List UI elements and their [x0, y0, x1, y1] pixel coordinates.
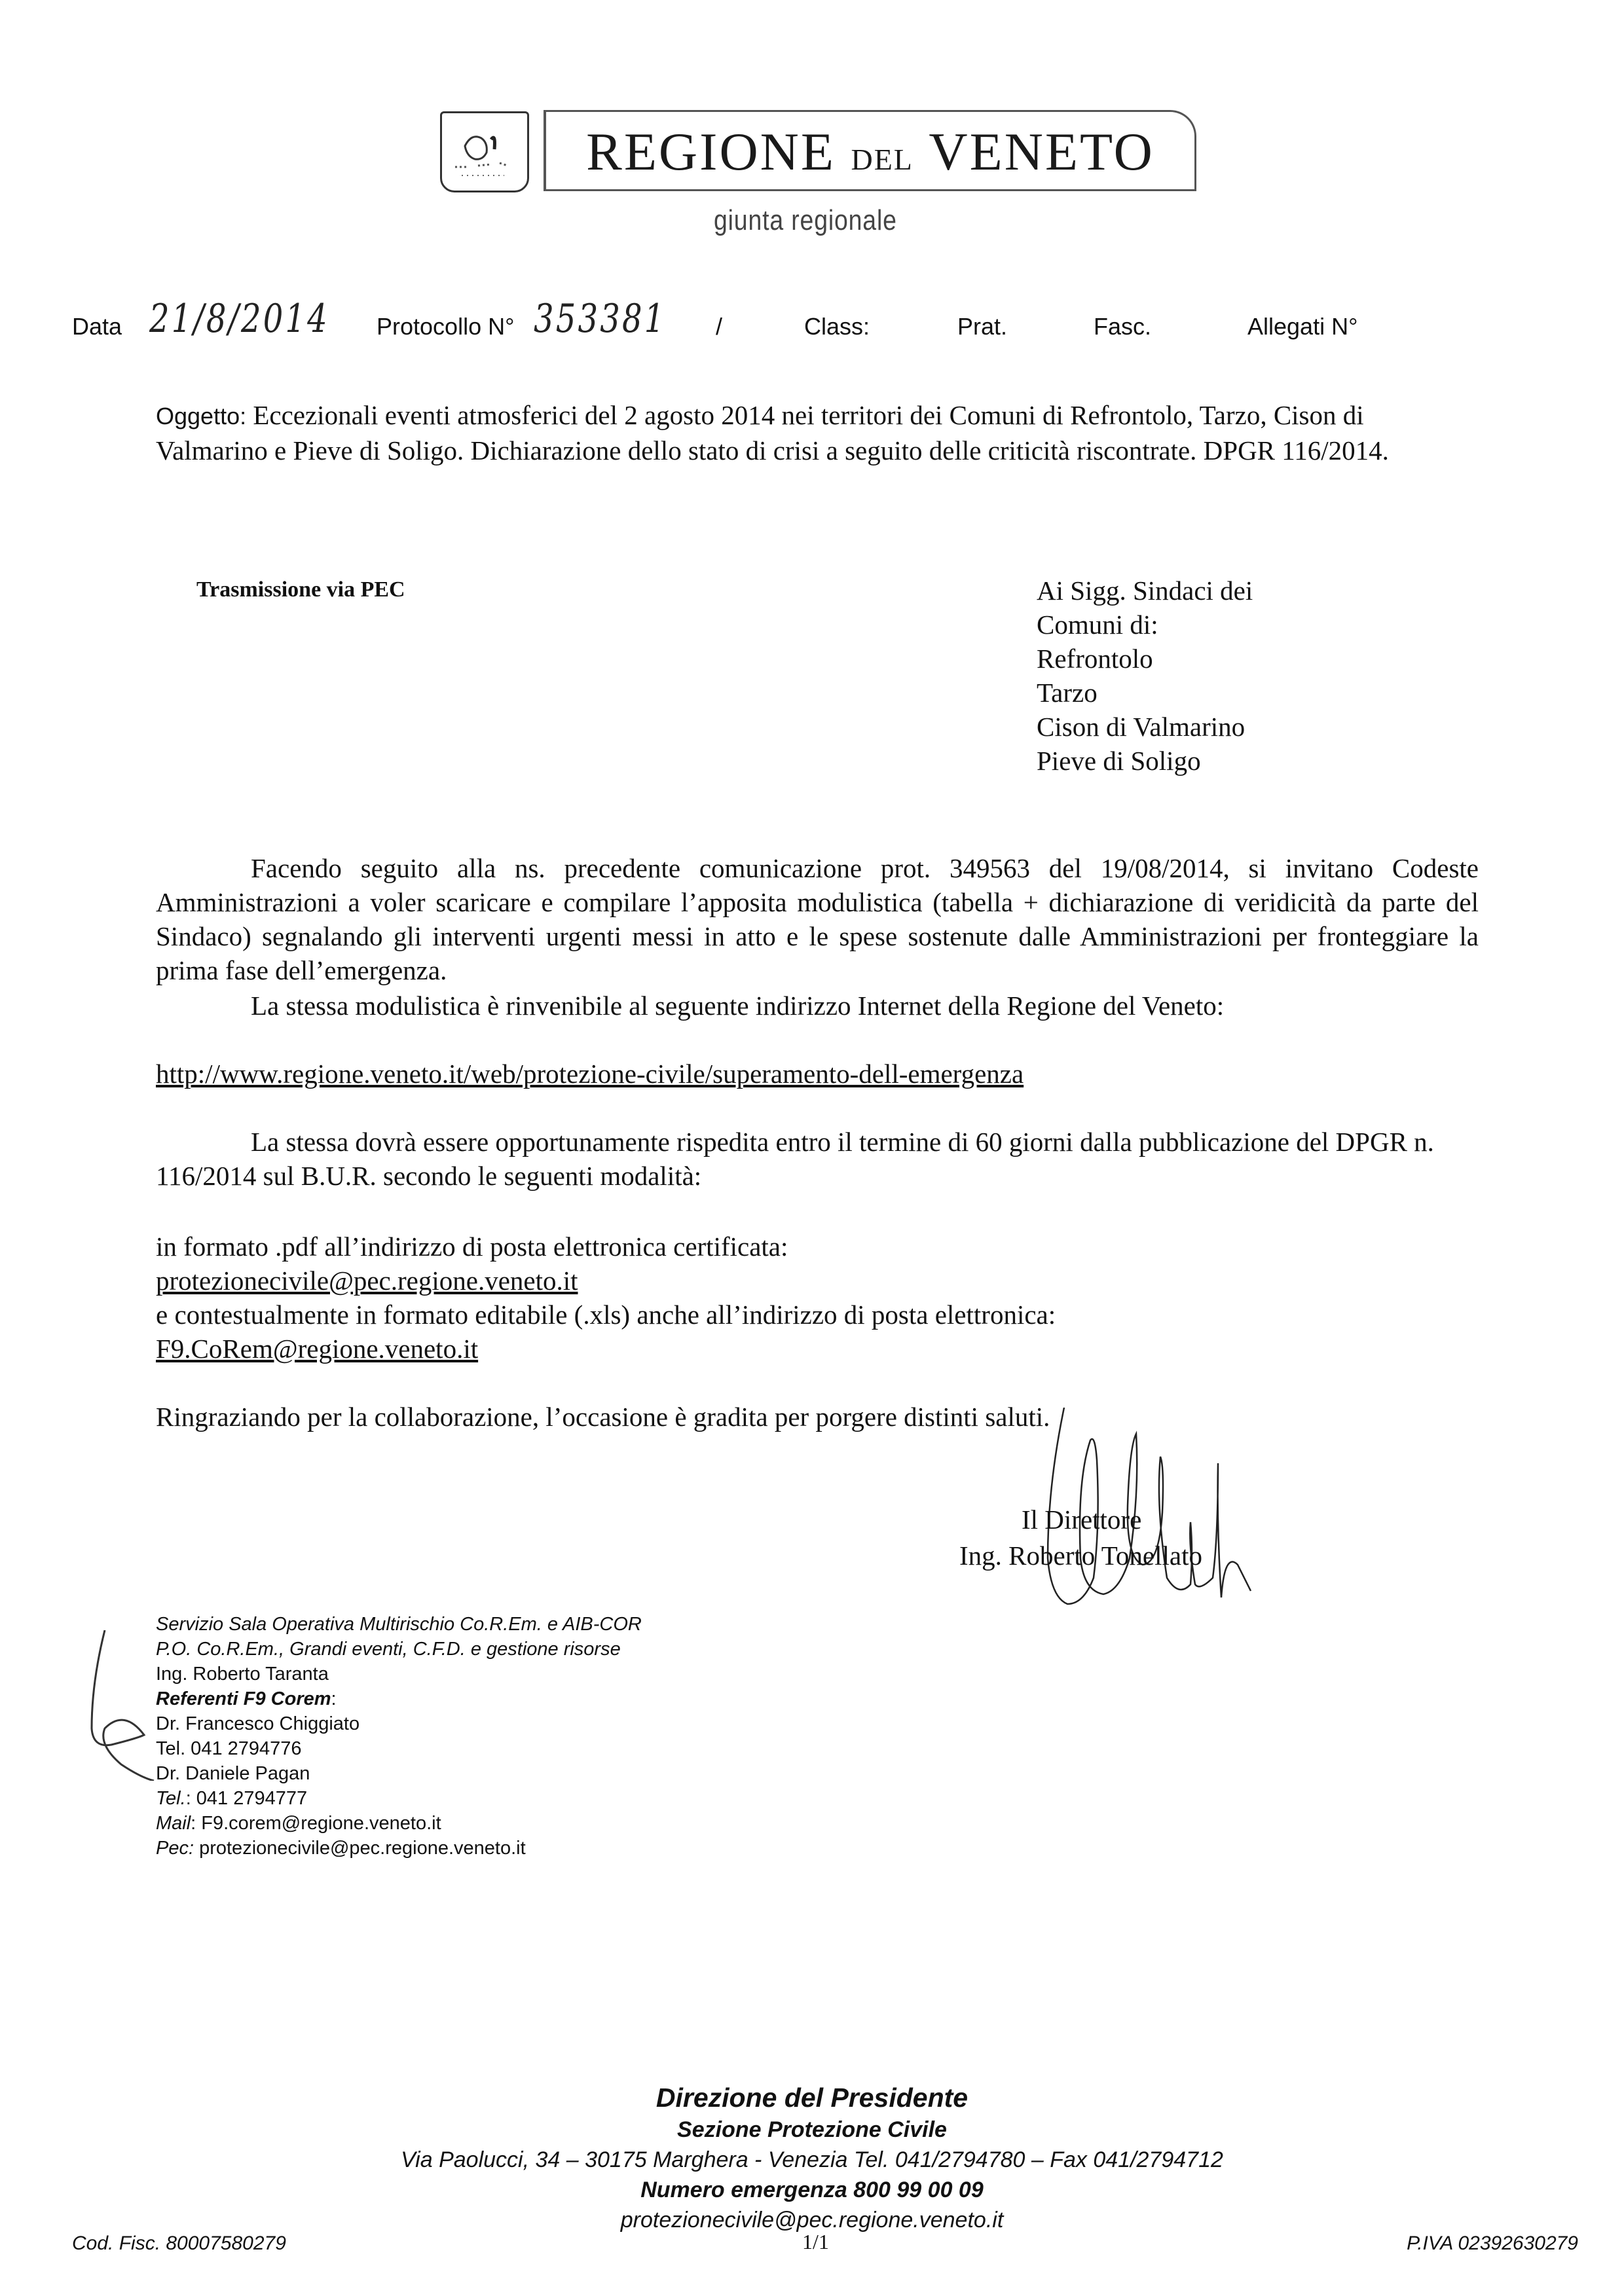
mail-label: Mail: [156, 1813, 191, 1834]
closing-salutation: Ringraziando per la collaborazione, l’oc…: [156, 1400, 1050, 1434]
modulistica-link[interactable]: http://www.regione.veneto.it/web/protezi…: [156, 1057, 1024, 1091]
fasc-label: Fasc.: [1094, 313, 1151, 340]
pec-value[interactable]: protezionecivile@pec.regione.veneto.it: [194, 1838, 526, 1859]
footer-address: Via Paolucci, 34 – 30175 Marghera - Vene…: [0, 2145, 1624, 2175]
title-regione: REGIONE: [586, 122, 836, 181]
signatory-name: Ing. Roberto Tonellato: [959, 1539, 1202, 1573]
recipients-block: Ai Sigg. Sindaci dei Comuni di: Refronto…: [1037, 574, 1253, 778]
protocol-separator: /: [716, 313, 722, 340]
tel-value: : 041 2794777: [186, 1788, 307, 1809]
referent-1-phone: Tel. 041 2794776: [156, 1736, 642, 1761]
regional-crest-icon: [440, 111, 529, 192]
pec-label: Pec:: [156, 1838, 194, 1859]
body-paragraph-1: Facendo seguito alla ns. precedente comu…: [156, 851, 1479, 987]
signatory-title: Il Direttore: [1022, 1503, 1141, 1537]
letterhead-title: REGIONE DEL VENETO: [546, 121, 1194, 183]
recipient-line: Tarzo: [1037, 676, 1253, 710]
corem-email-link[interactable]: F9.CoRem@regione.veneto.it: [156, 1332, 478, 1366]
footer-emergency-number: Numero emergenza 800 99 00 09: [0, 2175, 1624, 2205]
footer-direction: Direzione del Presidente: [0, 2081, 1624, 2115]
prat-label: Prat.: [957, 313, 1007, 340]
recipient-line: Refrontolo: [1037, 642, 1253, 676]
referent-2-name: Dr. Daniele Pagan: [156, 1761, 642, 1786]
title-del: DEL: [851, 143, 913, 176]
transmission-note: Trasmissione via PEC: [196, 577, 405, 602]
recipient-line: Cison di Valmarino: [1037, 710, 1253, 744]
subject-text: Eccezionali eventi atmosferici del 2 ago…: [156, 400, 1389, 465]
service-name: Servizio Sala Operativa Multirischio Co.…: [156, 1612, 642, 1637]
recipient-line: Comuni di:: [1037, 608, 1253, 642]
vat-number: P.IVA 02392630279: [1407, 2232, 1578, 2255]
date-value: 21/8/2014: [149, 296, 329, 342]
title-veneto: VENETO: [929, 122, 1154, 181]
pec-email-link[interactable]: protezionecivile@pec.regione.veneto.it: [156, 1264, 578, 1298]
protocol-value: 353381: [534, 296, 666, 342]
letterhead-subtitle: giunta regionale: [714, 204, 897, 237]
fiscal-code: Cod. Fisc. 80007580279: [72, 2232, 286, 2255]
tel-label: Tel.: [156, 1788, 186, 1809]
referent-1-name: Dr. Francesco Chiggiato: [156, 1711, 642, 1736]
page-number: 1/1: [802, 2230, 829, 2254]
class-label: Class:: [804, 313, 870, 340]
pdf-instruction: in formato .pdf all’indirizzo di posta e…: [156, 1230, 788, 1264]
xls-instruction: e contestualmente in formato editabile (…: [156, 1298, 1056, 1332]
recipient-line: Ai Sigg. Sindaci dei: [1037, 574, 1253, 608]
date-label: Data: [72, 313, 122, 340]
mail-value[interactable]: : F9.corem@regione.veneto.it: [191, 1813, 441, 1834]
body-paragraph-3: La stessa dovrà essere opportunamente ri…: [156, 1125, 1479, 1193]
subject-label: Oggetto:: [156, 403, 246, 429]
referents-label: Referenti F9 Corem: [156, 1688, 331, 1709]
subject: Oggetto: Eccezionali eventi atmosferici …: [156, 398, 1479, 467]
letterhead-logo: REGIONE DEL VENETO: [544, 110, 1196, 191]
manager-name: Ing. Roberto Taranta: [156, 1662, 642, 1686]
recipient-line: Pieve di Soligo: [1037, 744, 1253, 778]
body-paragraph-2: La stessa modulistica è rinvenibile al s…: [156, 989, 1479, 1023]
footer-block: Direzione del Presidente Sezione Protezi…: [0, 2081, 1624, 2235]
allegati-label: Allegati N°: [1247, 313, 1357, 340]
initials-mark-icon: [85, 1630, 164, 1781]
contact-block: Servizio Sala Operativa Multirischio Co.…: [156, 1612, 642, 1861]
protocol-label: Protocollo N°: [377, 313, 514, 340]
footer-section: Sezione Protezione Civile: [0, 2115, 1624, 2145]
po-name: P.O. Co.R.Em., Grandi eventi, C.F.D. e g…: [156, 1637, 642, 1662]
